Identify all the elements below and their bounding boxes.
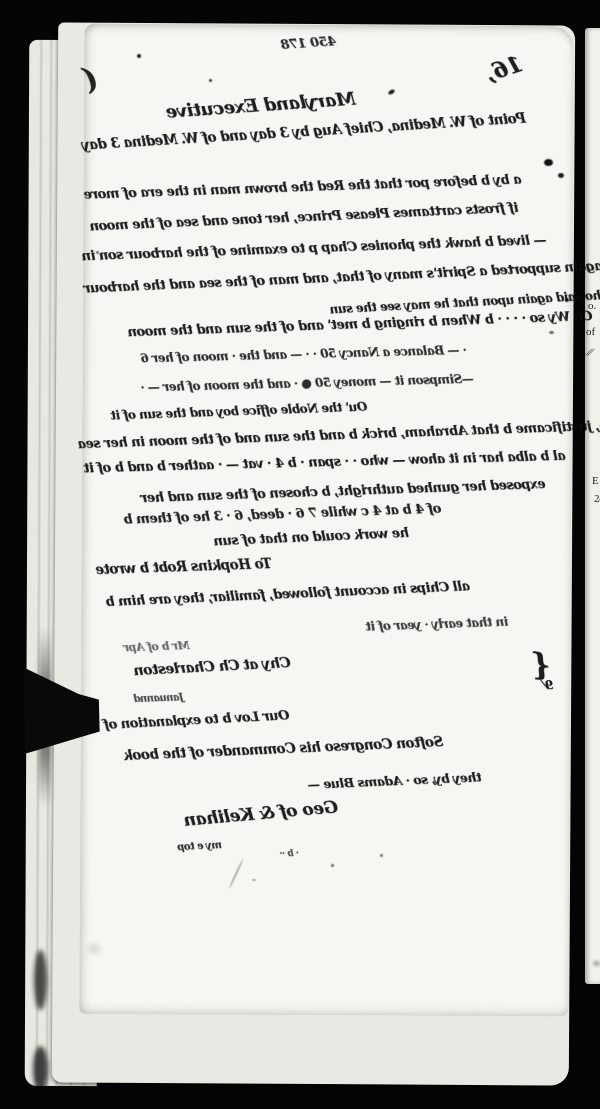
ink-speck (33, 1046, 48, 1092)
ink-speck (569, 1070, 585, 1082)
ink-speckle-layer (0, 0, 600, 1109)
ink-speck (88, 944, 100, 954)
ink-speck (549, 331, 554, 334)
ink-speck (387, 89, 395, 96)
ink-speck (593, 961, 600, 966)
ink-speck (565, 298, 569, 302)
ink-speck (558, 173, 564, 178)
ink-speck (96, 251, 99, 254)
ink-speck (452, 1099, 455, 1101)
microfilm-scan: 16,450 178(Maryland ExecutivePoint of W.… (0, 0, 600, 1109)
ink-speck (185, 1091, 189, 1094)
ink-speck (209, 79, 212, 82)
ink-speck (380, 854, 383, 857)
ink-speck (137, 54, 141, 58)
ink-speck (331, 864, 334, 867)
ink-speck (228, 859, 243, 889)
ink-speck (34, 950, 47, 1010)
ink-speck (544, 159, 553, 166)
ink-speck (252, 879, 256, 881)
